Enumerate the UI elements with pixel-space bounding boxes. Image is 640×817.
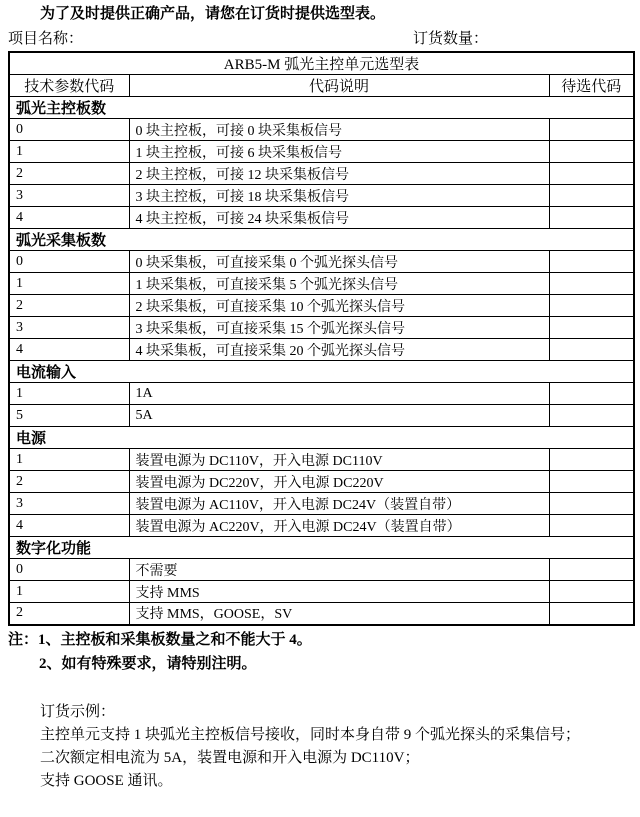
description-cell: 1 块采集板，可直接采集 5 个弧光探头信号 [129, 273, 549, 295]
table-row: 11 块采集板，可直接采集 5 个弧光探头信号 [9, 273, 634, 295]
selected-code-cell [549, 603, 634, 625]
table-row: 2支持 MMS，GOOSE，SV [9, 603, 634, 625]
description-cell: 4 块采集板，可直接采集 20 个弧光探头信号 [129, 339, 549, 361]
code-cell: 1 [9, 141, 129, 163]
section-title: 电流输入 [9, 361, 634, 383]
selected-code-cell [549, 515, 634, 537]
code-cell: 4 [9, 339, 129, 361]
table-row: 11A [9, 383, 634, 405]
note-item-1: 1、主控板和采集板数量之和不能大于 4。 [38, 632, 312, 648]
selected-code-cell [549, 317, 634, 339]
selected-code-cell [549, 493, 634, 515]
table-row: 3装置电源为 AC110V，开入电源 DC24V（装置自带） [9, 493, 634, 515]
order-example-line: 支持 GOOSE 通讯。 [40, 770, 640, 793]
selected-code-cell [549, 119, 634, 141]
selected-code-cell [549, 273, 634, 295]
selection-table: ARB5-M 弧光主控单元选型表 技术参数代码 代码说明 待选代码 弧光主控板数… [8, 51, 635, 626]
code-cell: 1 [9, 449, 129, 471]
description-cell: 3 块主控板，可接 18 块采集板信号 [129, 185, 549, 207]
table-title-row: ARB5-M 弧光主控单元选型表 [9, 52, 634, 75]
code-cell: 1 [9, 581, 129, 603]
table-row: 44 块主控板，可接 24 块采集板信号 [9, 207, 634, 229]
form-labels-row: 项目名称： 订货数量： [8, 29, 640, 49]
note-line-2: 2、如有特殊要求，请特别注明。 [8, 652, 640, 676]
order-example-line: 主控单元支持 1 块弧光主控板信号接收，同时本身自带 9 个弧光探头的采集信号； [40, 724, 640, 747]
description-cell: 2 块采集板，可直接采集 10 个弧光探头信号 [129, 295, 549, 317]
column-header-code: 技术参数代码 [9, 75, 129, 97]
code-cell: 5 [9, 405, 129, 427]
description-cell: 装置电源为 DC110V，开入电源 DC110V [129, 449, 549, 471]
code-cell: 2 [9, 603, 129, 625]
section-header-row: 电流输入 [9, 361, 634, 383]
description-cell: 1 块主控板，可接 6 块采集板信号 [129, 141, 549, 163]
description-cell: 4 块主控板，可接 24 块采集板信号 [129, 207, 549, 229]
code-cell: 4 [9, 207, 129, 229]
section-title: 数字化功能 [9, 537, 634, 559]
description-cell: 5A [129, 405, 549, 427]
code-cell: 0 [9, 559, 129, 581]
table-row: 11 块主控板，可接 6 块采集板信号 [9, 141, 634, 163]
selected-code-cell [549, 141, 634, 163]
description-cell: 装置电源为 DC220V，开入电源 DC220V [129, 471, 549, 493]
selected-code-cell [549, 581, 634, 603]
description-cell: 3 块采集板，可直接采集 15 个弧光探头信号 [129, 317, 549, 339]
selected-code-cell [549, 405, 634, 427]
code-cell: 2 [9, 163, 129, 185]
section-header-row: 弧光主控板数 [9, 97, 634, 119]
section-header-row: 弧光采集板数 [9, 229, 634, 251]
selected-code-cell [549, 295, 634, 317]
column-header-description: 代码说明 [129, 75, 549, 97]
table-row: 00 块采集板，可直接采集 0 个弧光探头信号 [9, 251, 634, 273]
description-cell: 不需要 [129, 559, 549, 581]
table-row: 1支持 MMS [9, 581, 634, 603]
description-cell: 0 块主控板，可接 0 块采集板信号 [129, 119, 549, 141]
selected-code-cell [549, 339, 634, 361]
selected-code-cell [549, 251, 634, 273]
order-quantity-label: 订货数量： [413, 29, 488, 49]
description-cell: 0 块采集板，可直接采集 0 个弧光探头信号 [129, 251, 549, 273]
description-cell: 1A [129, 383, 549, 405]
table-row: 22 块采集板，可直接采集 10 个弧光探头信号 [9, 295, 634, 317]
selected-code-cell [549, 383, 634, 405]
selection-table-body: ARB5-M 弧光主控单元选型表 技术参数代码 代码说明 待选代码 弧光主控板数… [9, 52, 634, 625]
order-example-title: 订货示例： [40, 701, 640, 724]
intro-text: 为了及时提供正确产品，请您在订货时提供选型表。 [40, 4, 640, 24]
code-cell: 0 [9, 251, 129, 273]
section-title: 弧光主控板数 [9, 97, 634, 119]
project-name-label: 项目名称： [8, 31, 83, 47]
selected-code-cell [549, 471, 634, 493]
code-cell: 2 [9, 471, 129, 493]
table-row: 2装置电源为 DC220V，开入电源 DC220V [9, 471, 634, 493]
note-line-1: 注：1、主控板和采集板数量之和不能大于 4。 [8, 628, 640, 652]
table-row: 55A [9, 405, 634, 427]
description-cell: 装置电源为 AC220V，开入电源 DC24V（装置自带） [129, 515, 549, 537]
code-cell: 1 [9, 273, 129, 295]
section-title: 弧光采集板数 [9, 229, 634, 251]
selected-code-cell [549, 185, 634, 207]
table-row: 1装置电源为 DC110V，开入电源 DC110V [9, 449, 634, 471]
table-row: 22 块主控板，可接 12 块采集板信号 [9, 163, 634, 185]
table-title: ARB5-M 弧光主控单元选型表 [9, 52, 634, 75]
code-cell: 0 [9, 119, 129, 141]
section-header-row: 数字化功能 [9, 537, 634, 559]
code-cell: 3 [9, 185, 129, 207]
column-header-selected: 待选代码 [549, 75, 634, 97]
code-cell: 3 [9, 493, 129, 515]
code-cell: 4 [9, 515, 129, 537]
description-cell: 装置电源为 AC110V，开入电源 DC24V（装置自带） [129, 493, 549, 515]
table-row: 33 块采集板，可直接采集 15 个弧光探头信号 [9, 317, 634, 339]
section-header-row: 电源 [9, 427, 634, 449]
table-header-row: 技术参数代码 代码说明 待选代码 [9, 75, 634, 97]
notes-block: 注：1、主控板和采集板数量之和不能大于 4。 2、如有特殊要求，请特别注明。 [8, 628, 640, 676]
selected-code-cell [549, 449, 634, 471]
selected-code-cell [549, 207, 634, 229]
document-page: { "intro": "为了及时提供正确产品，请您在订货时提供选型表。", "f… [0, 0, 640, 817]
description-cell: 支持 MMS，GOOSE，SV [129, 603, 549, 625]
table-row: 33 块主控板，可接 18 块采集板信号 [9, 185, 634, 207]
description-cell: 2 块主控板，可接 12 块采集板信号 [129, 163, 549, 185]
code-cell: 1 [9, 383, 129, 405]
selected-code-cell [549, 163, 634, 185]
order-example-line: 二次额定相电流为 5A，装置电源和开入电源为 DC110V； [40, 747, 640, 770]
section-title: 电源 [9, 427, 634, 449]
table-row: 4装置电源为 AC220V，开入电源 DC24V（装置自带） [9, 515, 634, 537]
table-row: 00 块主控板，可接 0 块采集板信号 [9, 119, 634, 141]
note-item-2: 2、如有特殊要求，请特别注明。 [39, 656, 257, 672]
note-prefix: 注： [8, 632, 38, 648]
code-cell: 3 [9, 317, 129, 339]
table-row: 44 块采集板，可直接采集 20 个弧光探头信号 [9, 339, 634, 361]
table-row: 0不需要 [9, 559, 634, 581]
selected-code-cell [549, 559, 634, 581]
description-cell: 支持 MMS [129, 581, 549, 603]
code-cell: 2 [9, 295, 129, 317]
order-example-block: 订货示例： 主控单元支持 1 块弧光主控板信号接收，同时本身自带 9 个弧光探头… [40, 701, 640, 793]
